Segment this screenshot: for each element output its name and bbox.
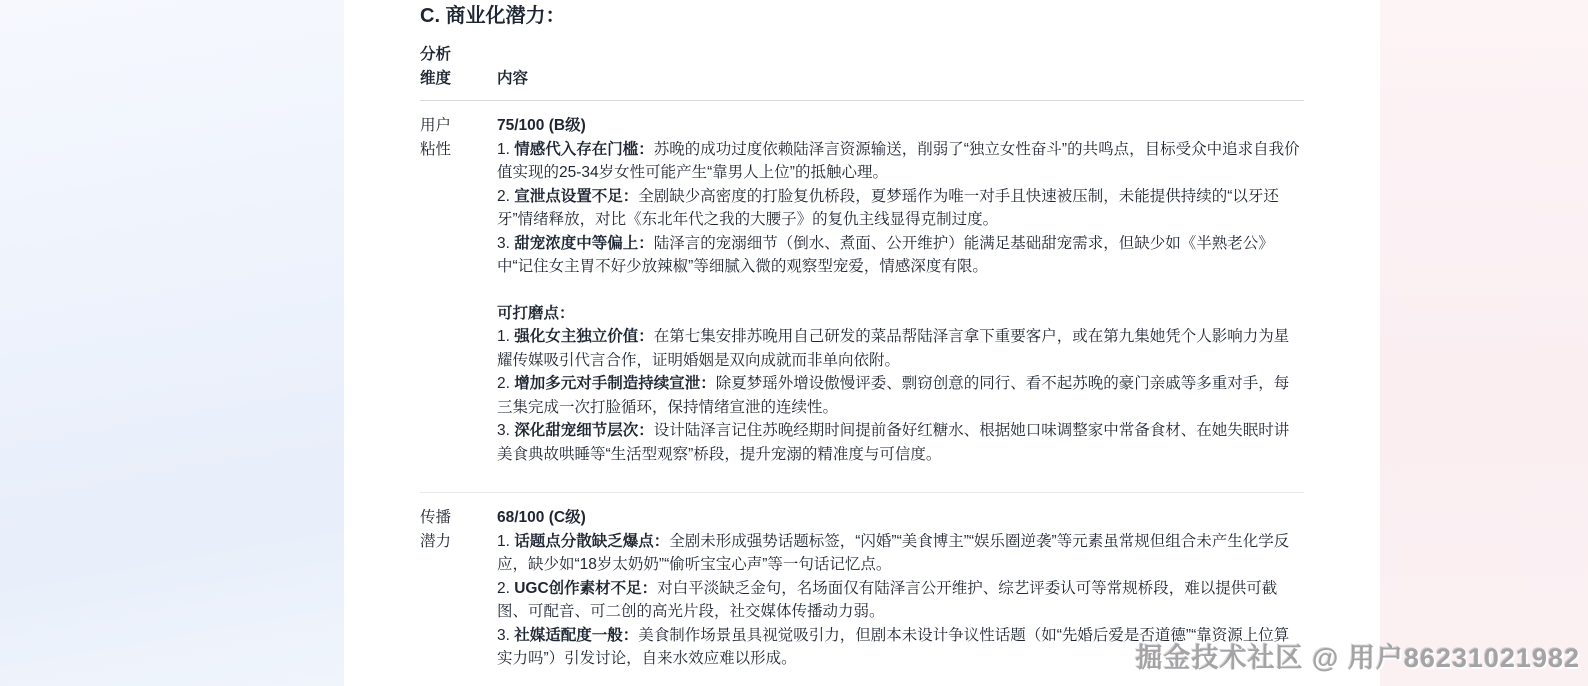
left-gradient-panel	[0, 0, 344, 686]
polish-item: 2. 增加多元对手制造持续宣泄：除夏梦瑶外增设傲慢评委、剽窃创意的同行、看不起苏…	[497, 372, 1304, 419]
dimension-label: 传播潜力	[420, 506, 464, 671]
analysis-item: 2. 宣泄点设置不足：全剧缺少高密度的打脸复仇桥段，夏梦瑶作为唯一对手且快速被压…	[497, 185, 1304, 232]
table-header-row: 分析维度 内容	[420, 43, 1304, 90]
document-content: C. 商业化潜力： 分析维度 内容 用户粘性 75/100 (B级) 1. 情感…	[420, 0, 1304, 686]
analysis-item: 2. UGC创作素材不足：对白平淡缺乏金句，名场面仅有陆泽言公开维护、综艺评委认…	[497, 577, 1304, 624]
score-line: 75/100 (B级)	[497, 114, 1304, 138]
page: C. 商业化潜力： 分析维度 内容 用户粘性 75/100 (B级) 1. 情感…	[0, 0, 1588, 686]
table-row-user-stickiness: 用户粘性 75/100 (B级) 1. 情感代入存在门槛：苏晚的成功过度依赖陆泽…	[420, 101, 1304, 482]
section-heading: C. 商业化潜力：	[420, 3, 1304, 30]
polish-points-heading: 可打磨点：	[497, 302, 1304, 326]
analysis-item: 3. 甜宠浓度中等偏上：陆泽言的宠溺细节（倒水、煮面、公开维护）能满足基础甜宠需…	[497, 232, 1304, 279]
analysis-item: 1. 情感代入存在门槛：苏晚的成功过度依赖陆泽言资源输送，削弱了“独立女性奋斗”…	[497, 138, 1304, 185]
column-header-dimension: 分析维度	[420, 43, 464, 90]
watermark: 掘金技术社区 @ 用户86231021982	[1135, 636, 1580, 675]
score-line: 68/100 (C级)	[497, 506, 1304, 530]
column-header-content: 内容	[497, 67, 1304, 91]
analysis-item: 1. 话题点分散缺乏爆点：全剧未形成强势话题标签，“闪婚”“美食博主”“娱乐圈逆…	[497, 530, 1304, 577]
right-gradient-panel	[1380, 0, 1588, 686]
row-content: 75/100 (B级) 1. 情感代入存在门槛：苏晚的成功过度依赖陆泽言资源输送…	[497, 114, 1304, 466]
polish-item: 3. 深化甜宠细节层次：设计陆泽言记住苏晚经期时间提前备好红糖水、根据她口味调整…	[497, 419, 1304, 466]
polish-item: 1. 强化女主独立价值：在第七集安排苏晚用自己研发的菜品帮陆泽言拿下重要客户，或…	[497, 325, 1304, 372]
dimension-label: 用户粘性	[420, 114, 464, 466]
